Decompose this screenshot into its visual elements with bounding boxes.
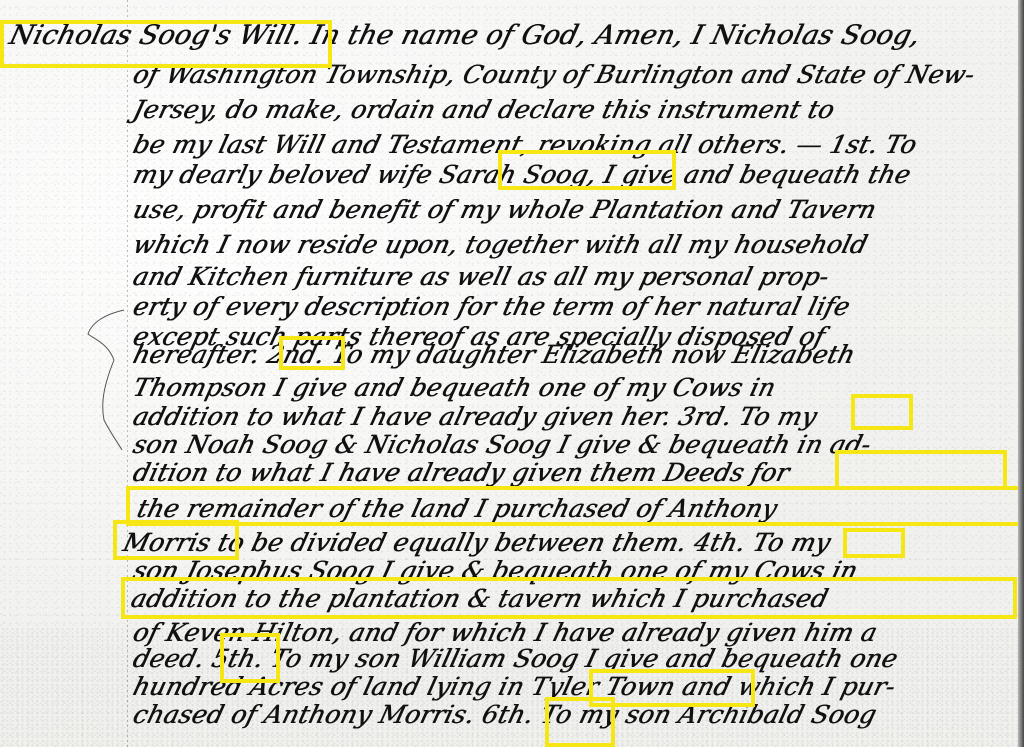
document-page: Nicholas Soog's Will. In the name of God… xyxy=(0,0,1024,747)
highlight-4th xyxy=(843,528,905,558)
margin-bracket-mark xyxy=(86,300,126,460)
text-line: chased of Anthony Morris. 6th. To my son… xyxy=(130,700,879,729)
text-line: be my last Will and Testament, revoking … xyxy=(130,130,920,159)
text-line: use, profit and benefit of my whole Plan… xyxy=(130,195,879,224)
text-line: hundred Acres of land lying in Tyler Tow… xyxy=(130,672,898,701)
text-line: son Noah Soog & Nicholas Soog I give & b… xyxy=(130,430,874,459)
will-title-line: Nicholas Soog's Will. In the name of God… xyxy=(6,20,923,51)
text-line: of Keven Hilton, and for which I have al… xyxy=(130,618,880,647)
text-line: son Josephus Soog I give & bequeath one … xyxy=(130,556,861,585)
text-line: and Kitchen furniture as well as all my … xyxy=(130,262,832,291)
text-line: Jersey, do make, ordain and declare this… xyxy=(130,95,838,124)
text-line: Thompson I give and bequeath one of my C… xyxy=(130,373,779,402)
text-line: Morris to be divided equally between the… xyxy=(120,528,834,557)
text-line: deed. 5th. To my son William Soog I give… xyxy=(130,644,901,673)
text-line: addition to the plantation & tavern whic… xyxy=(128,584,831,613)
text-line: hereafter. 2nd. To my daughter Elizabeth… xyxy=(130,340,858,369)
scan-edge xyxy=(1018,0,1024,747)
highlight-3rd xyxy=(851,394,913,430)
text-line: of Washington Township, County of Burlin… xyxy=(130,60,978,89)
text-line: erty of every description for the term o… xyxy=(130,292,853,321)
text-line: which I now reside upon, together with a… xyxy=(130,230,870,259)
text-line: my dearly beloved wife Sarah Soog, I giv… xyxy=(130,160,914,189)
margin-rule xyxy=(127,0,128,747)
text-line: addition to what I have already given he… xyxy=(130,402,820,431)
text-line: dition to what I have already given them… xyxy=(130,458,792,487)
text-line: the remainder of the land I purchased of… xyxy=(134,494,780,523)
